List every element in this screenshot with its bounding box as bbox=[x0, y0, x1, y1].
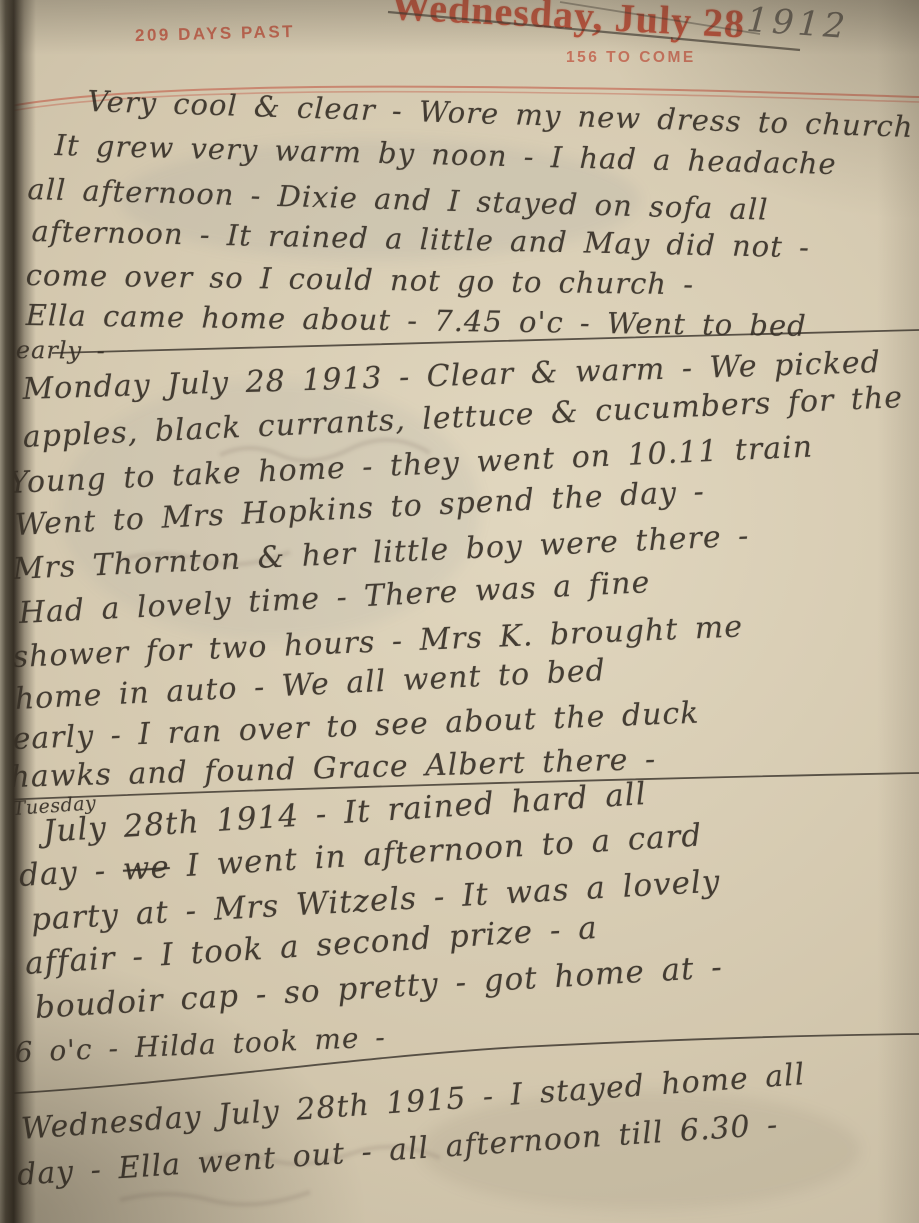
struck-word: we bbox=[122, 849, 171, 888]
diary-page-photo: Wednesday, July 28 1912 209 DAYS PAST 15… bbox=[0, 0, 919, 1223]
line-segment: day - bbox=[18, 852, 124, 894]
handwritten-year: 1912 bbox=[745, 0, 850, 47]
printed-date-heading: Wednesday, July 28 bbox=[390, 0, 747, 48]
days-to-come-label: 156 TO COME bbox=[566, 49, 696, 67]
diary-line: Ella came home about - 7.45 o'c - Went t… bbox=[26, 298, 807, 343]
diary-line: 6 o'c - Hilda took me - bbox=[14, 1020, 386, 1069]
days-past-label: 209 DAYS PAST bbox=[135, 22, 296, 46]
diary-line: come over so I could not go to church - bbox=[26, 258, 695, 301]
diary-line: early - bbox=[16, 336, 106, 365]
